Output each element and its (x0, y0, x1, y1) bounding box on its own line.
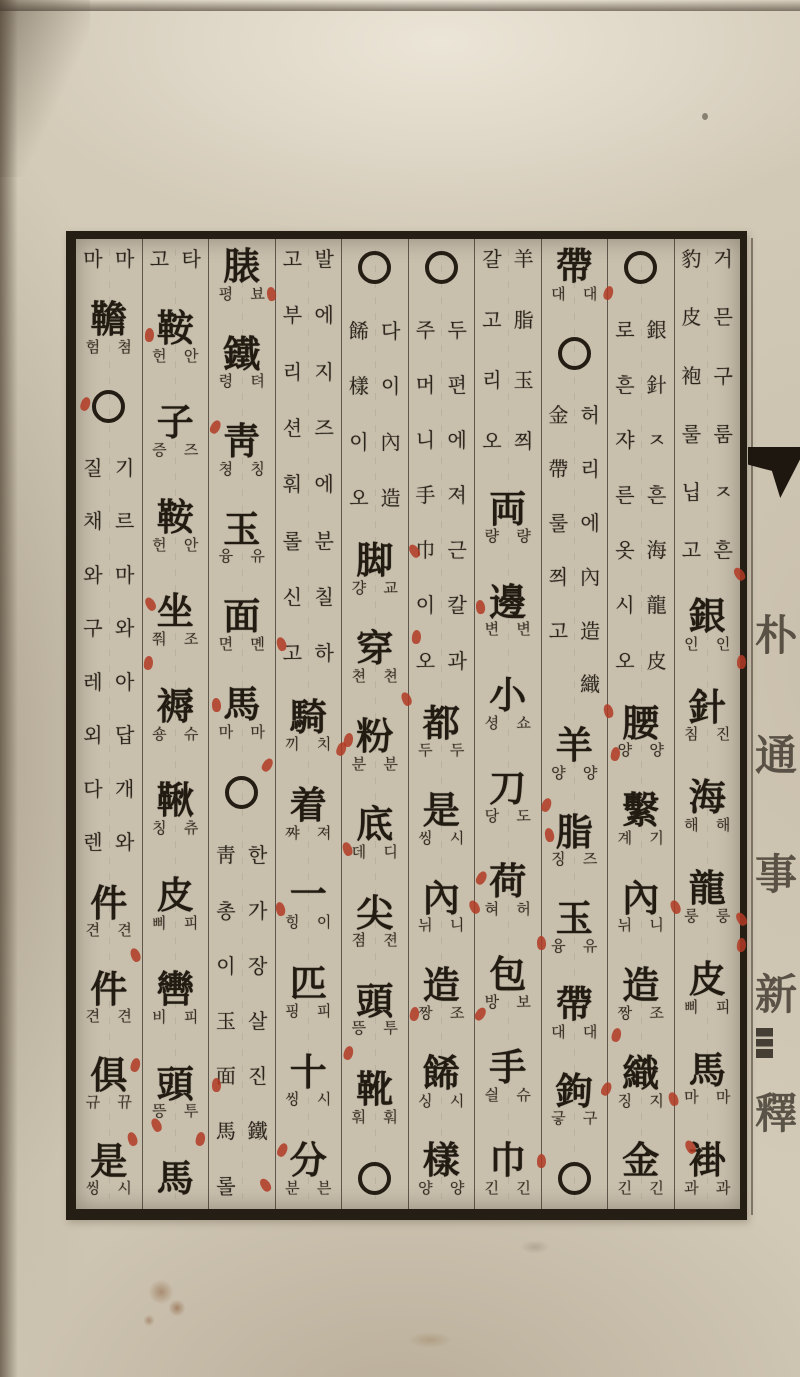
entry-hanja-char: 穿쳔쳔 (343, 630, 407, 685)
gloss-char-left: 마 (77, 249, 109, 270)
entry-separator-circle (609, 248, 673, 287)
reading-right: 시 (308, 1092, 340, 1108)
hanja-glyph: 邊 (476, 584, 540, 622)
gloss-char-left: 오 (343, 488, 375, 509)
gloss-char-left: 와 (77, 565, 109, 586)
gloss-char-left: 面 (210, 1066, 242, 1087)
entry-hanja-char: 轡비피 (144, 971, 208, 1026)
hanja-glyph: 馬 (210, 686, 274, 724)
gloss-pair: 玉살 (210, 1011, 274, 1032)
gloss-pair: 오쯰 (476, 431, 540, 452)
hanja-glyph: 羊 (543, 727, 607, 765)
bottom-edge-shadow (0, 0, 800, 11)
reading-pair: 룽룽 (676, 909, 740, 925)
gloss-char-left: 袍 (676, 366, 708, 387)
gloss-char-right: 믄 (707, 307, 739, 328)
reading-pair: 분분 (343, 757, 407, 773)
gloss-char-left: 樣 (343, 376, 375, 397)
gloss-char-left: 주 (410, 320, 442, 341)
gloss-pair: 面진 (210, 1066, 274, 1087)
reading-right: 긴 (508, 1181, 540, 1197)
reading-pair: 씽시 (277, 1092, 341, 1108)
reading-left: 헌 (144, 349, 176, 365)
reading-right: 견 (109, 1009, 141, 1025)
gloss-pair: 니에 (410, 430, 474, 451)
gloss-char-right: 한 (242, 845, 274, 866)
entry-hanja-char: 小셩쇼 (476, 677, 540, 732)
gloss-char-left: 로 (609, 320, 641, 341)
reading-right: 대 (574, 287, 606, 303)
gloss-char-left: 고 (476, 310, 508, 331)
reading-left: 걍 (343, 581, 375, 597)
reading-pair: 두두 (410, 743, 474, 759)
gloss-pair: 餙다 (343, 321, 407, 342)
paper-stain (408, 1332, 452, 1348)
reading-left: 훠 (343, 1110, 375, 1126)
reading-right: 지 (641, 1094, 673, 1110)
entry-hanja-char: 坐쭤조 (144, 593, 208, 648)
entry-hanja-char: 內뉘니 (410, 880, 474, 935)
reading-pair: 견견 (77, 1009, 141, 1025)
entry-hanja-char: 皮삐피 (676, 961, 740, 1016)
reading-right: 대 (574, 1025, 606, 1041)
gloss-pair: 巾근 (410, 540, 474, 561)
entry-hanja-char: 両량량 (476, 491, 540, 546)
hanja-glyph: 靴 (343, 1071, 407, 1109)
reading-left: 징 (543, 852, 575, 868)
reading-left: 징 (609, 1094, 641, 1110)
gloss-char-right: 이 (375, 376, 407, 397)
gloss-char-left: 고 (543, 621, 575, 642)
reading-left: 뜽 (343, 1021, 375, 1037)
gloss-char-right: 造 (375, 488, 407, 509)
gloss-pair: 오造 (343, 488, 407, 509)
reading-pair: 계기 (609, 831, 673, 847)
hanja-glyph: 件 (77, 885, 141, 923)
reading-right: 뵤 (242, 287, 274, 303)
text-column: 豹거皮믄袍구룰룸닙ㅈ고흔銀인인針침진海해해龍룽룽皮삐피馬마마褂과과 (675, 239, 741, 1209)
hanja-glyph: 是 (410, 792, 474, 830)
fold-title-char: 事 (755, 854, 797, 896)
hanja-glyph: 都 (410, 705, 474, 743)
hanja-glyph: 脂 (543, 814, 607, 852)
gloss-char-right: 內 (574, 567, 606, 588)
reading-left: 분 (343, 757, 375, 773)
circle-glyph (425, 251, 458, 284)
circle-glyph (624, 251, 657, 284)
gloss-char-left: 렌 (77, 832, 109, 853)
entry-hanja-char: 俱규뀨 (77, 1057, 141, 1112)
reading-left: 변 (476, 622, 508, 638)
reading-pair: 혀허 (476, 902, 540, 918)
gloss-char-right: 脂 (508, 310, 540, 331)
gloss-char-right: 발 (308, 249, 340, 270)
gloss-pair: 레아 (77, 672, 141, 693)
entry-hanja-char: 匹핑피 (277, 965, 341, 1020)
gloss-char-left: 帶 (543, 459, 575, 480)
reading-pair: 뉘니 (609, 918, 673, 934)
gloss-char-right: ㅈ (707, 482, 739, 503)
entry-hanja-char: 面면몐 (210, 598, 274, 653)
entry-hanja-char: 金긴긴 (609, 1142, 673, 1197)
reading-pair: 증즈 (144, 443, 208, 459)
gloss-char-right: 답 (109, 725, 141, 746)
circle-glyph (558, 1162, 591, 1195)
reading-left: 양 (609, 743, 641, 759)
hanja-glyph: 帶 (543, 248, 607, 286)
gloss-char-right: 에 (308, 305, 340, 326)
hanja-glyph: 脚 (343, 542, 407, 580)
entry-hanja-char: 刀당도 (476, 770, 540, 825)
entry-hanja-char: 騎끼치 (277, 699, 341, 754)
gloss-char-left: 靑 (210, 845, 242, 866)
reading-left: 헌 (144, 538, 176, 554)
reading-pair: 침진 (676, 727, 740, 743)
reading-left: 삐 (676, 1000, 708, 1016)
gloss-pair: 와마 (77, 565, 141, 586)
entry-hanja-char: 鞍헌안 (144, 499, 208, 554)
gloss-char-right: 海 (641, 540, 673, 561)
reading-left: 쳔 (343, 669, 375, 685)
gloss-char-right: 造 (574, 621, 606, 642)
reading-right: 기 (641, 831, 673, 847)
gloss-char-left: 이 (210, 956, 242, 977)
reading-left: 융 (543, 939, 575, 955)
text-block-columns: 마마韂험쳠질기채르와마구와레아외답다개렌와件견견件견견俱규뀨是씽시고타鞍헌안子증… (76, 239, 740, 1209)
reading-right: 몐 (242, 637, 274, 653)
reading-pair: 방보 (476, 995, 540, 1011)
reading-right: 조 (175, 632, 207, 648)
hanja-glyph: 帶 (543, 986, 607, 1024)
hanja-glyph: 鞦 (144, 782, 208, 820)
reading-pair: 징즈 (543, 852, 607, 868)
gloss-pair: 른흔 (609, 485, 673, 506)
entry-hanja-char: 玉융유 (543, 900, 607, 955)
reading-pair: 인인 (676, 637, 740, 653)
entry-hanja-char: 是씽시 (77, 1143, 141, 1198)
entry-hanja-char: 十씽시 (277, 1054, 341, 1109)
gloss-char-right: 편 (441, 375, 473, 396)
reading-left: 데 (343, 845, 375, 861)
reading-left: 해 (676, 818, 708, 834)
entry-hanja-char: 褂과과 (676, 1142, 740, 1197)
reading-right: 보 (508, 995, 540, 1011)
gloss-char-left: 이 (410, 595, 442, 616)
gloss-pair: 手져 (410, 485, 474, 506)
gloss-char-left: 쟈 (609, 430, 641, 451)
gloss-char-left: 金 (543, 405, 575, 426)
entry-separator-circle (410, 248, 474, 287)
entry-separator-circle (543, 1159, 607, 1198)
reading-left: 혀 (476, 902, 508, 918)
reading-right: 쳠 (109, 340, 141, 356)
entry-hanja-char: 荷혀허 (476, 863, 540, 918)
reading-left: 량 (476, 529, 508, 545)
reading-right: 안 (175, 538, 207, 554)
entry-hanja-char: 馬마마 (210, 686, 274, 741)
hanja-glyph: 金 (609, 1142, 673, 1180)
gloss-pair: 고흔 (676, 540, 740, 561)
reading-right: 훠 (375, 1110, 407, 1126)
reading-right: 피 (308, 1004, 340, 1020)
hanja-glyph: 十 (277, 1054, 341, 1092)
gloss-char-right: 져 (441, 485, 473, 506)
gloss-char-right: 두 (441, 320, 473, 341)
hanja-glyph: 鐵 (210, 336, 274, 374)
gloss-pair: 신칠 (277, 587, 341, 608)
gloss-pair: 이內 (343, 432, 407, 453)
reading-left: 두 (410, 743, 442, 759)
entry-separator-circle (343, 1159, 407, 1198)
fishtail-ornament-icon (748, 447, 800, 499)
gloss-pair: 머편 (410, 375, 474, 396)
entry-hanja-char: 餙싱시 (410, 1055, 474, 1110)
text-column: 帶대대金허帶리룰에쯰內고造織羊양양脂징즈玉융유帶대대鉤긓구 (542, 239, 609, 1209)
reading-left: 면 (210, 637, 242, 653)
hanja-glyph: 海 (676, 779, 740, 817)
entry-hanja-char: 銀인인 (676, 598, 740, 653)
gloss-char-left: 오 (476, 431, 508, 452)
reading-pair: 양양 (609, 743, 673, 759)
reading-right: 긴 (641, 1181, 673, 1197)
gloss-pair: 션즈 (277, 418, 341, 439)
entry-hanja-char: 着쨔져 (277, 787, 341, 842)
reading-pair: 마마 (676, 1090, 740, 1106)
gloss-char-right: 玉 (508, 370, 540, 391)
hanja-glyph: 坐 (144, 593, 208, 631)
gloss-pair: 롤분 (277, 531, 341, 552)
reading-right: 니 (441, 918, 473, 934)
reading-right: 피 (175, 916, 207, 932)
reading-left: 인 (676, 637, 708, 653)
gloss-pair: 이칼 (410, 595, 474, 616)
reading-left: 씽 (277, 1092, 309, 1108)
gloss-char-left: 신 (277, 587, 309, 608)
entry-hanja-char: 皮삐피 (144, 877, 208, 932)
reading-pair: 양양 (410, 1181, 474, 1197)
entry-separator-circle (543, 334, 607, 373)
entry-hanja-char: 鞍헌안 (144, 310, 208, 365)
gloss-char-right: 진 (242, 1066, 274, 1087)
reading-left: 짱 (410, 1006, 442, 1022)
fold-title-char: 釋 (755, 1093, 797, 1135)
hanja-glyph: 件 (77, 971, 141, 1009)
gloss-char-right: 織 (574, 674, 606, 695)
entry-hanja-char: 帶대대 (543, 248, 607, 303)
gloss-char-right: 개 (109, 779, 141, 800)
entry-hanja-char: 鞦칭츄 (144, 782, 208, 837)
circle-glyph (92, 390, 125, 423)
gloss-char-right: 르 (109, 511, 141, 532)
gloss-char-right: 아 (109, 672, 141, 693)
reading-right: 쇼 (508, 716, 540, 732)
reading-pair: 짱조 (410, 1006, 474, 1022)
gloss-pair: 롤 (210, 1176, 274, 1197)
reading-left: 긴 (476, 1181, 508, 1197)
reading-right: 슈 (508, 1088, 540, 1104)
reading-pair: 걍교 (343, 581, 407, 597)
gloss-char-right: 리 (574, 459, 606, 480)
circle-glyph (358, 251, 391, 284)
entry-hanja-char: 手싈슈 (476, 1049, 540, 1104)
reading-left: 양 (543, 766, 575, 782)
entry-hanja-char: 巾긴긴 (476, 1142, 540, 1197)
reading-left: 대 (543, 287, 575, 303)
entry-hanja-char: 都두두 (410, 705, 474, 760)
gloss-char-right: 기 (109, 458, 141, 479)
reading-pair: 칭츄 (144, 821, 208, 837)
reading-left: 당 (476, 809, 508, 825)
hanja-glyph: 一 (277, 876, 341, 914)
reading-right: 양 (641, 743, 673, 759)
hanja-glyph: 針 (676, 689, 740, 727)
reading-pair: 량량 (476, 529, 540, 545)
gloss-pair: 로銀 (609, 320, 673, 341)
reading-pair: 대대 (543, 287, 607, 303)
hanja-glyph: 小 (476, 677, 540, 715)
entry-hanja-char: 粉분분 (343, 718, 407, 773)
reading-left: 증 (144, 443, 176, 459)
paper-stain (148, 1280, 174, 1304)
hanja-glyph: 俱 (77, 1057, 141, 1095)
gloss-char-right: 지 (308, 362, 340, 383)
gloss-char-right: 內 (375, 432, 407, 453)
gloss-char-right: 다 (375, 321, 407, 342)
gloss-pair: 질기 (77, 458, 141, 479)
gloss-char-left: 豹 (676, 249, 708, 270)
gloss-pair: 皮믄 (676, 307, 740, 328)
reading-right: 져 (308, 826, 340, 842)
gloss-pair: 오과 (410, 651, 474, 672)
reading-right: 변 (508, 622, 540, 638)
reading-right: 시 (109, 1181, 141, 1197)
gloss-char-left: 질 (77, 458, 109, 479)
reading-pair: 평뵤 (210, 287, 274, 303)
gloss-char-left: 玉 (210, 1011, 242, 1032)
reading-pair: 훠훠 (343, 1110, 407, 1126)
reading-left: 긴 (609, 1181, 641, 1197)
reading-pair: 씽시 (410, 831, 474, 847)
reading-pair: 셩쇼 (476, 716, 540, 732)
hanja-glyph: 包 (476, 956, 540, 994)
gloss-char-left: 馬 (210, 1121, 242, 1142)
reading-right: 조 (441, 1006, 473, 1022)
gloss-char-left: 쯰 (543, 567, 575, 588)
reading-left: 씽 (410, 831, 442, 847)
reading-left: 싈 (476, 1088, 508, 1104)
gloss-char-left: 리 (476, 370, 508, 391)
gloss-pair: 주두 (410, 320, 474, 341)
reading-left: 양 (410, 1181, 442, 1197)
reading-pair: 분븐 (277, 1181, 341, 1197)
circle-glyph (225, 776, 258, 809)
entry-hanja-char: 韂험쳠 (77, 301, 141, 356)
reading-right: 마 (707, 1090, 739, 1106)
gloss-pair: 외답 (77, 725, 141, 746)
hanja-glyph: 頭 (343, 983, 407, 1021)
gloss-char-right: 銀 (641, 320, 673, 341)
gloss-char-left: 총 (210, 901, 242, 922)
gloss-char-left: 머 (410, 375, 442, 396)
reading-left: 힝 (277, 915, 309, 931)
gloss-pair: 리지 (277, 362, 341, 383)
gloss-pair: 리玉 (476, 370, 540, 391)
hanja-glyph: 巾 (476, 1142, 540, 1180)
gloss-char-left: 이 (343, 432, 375, 453)
entry-separator-circle (343, 248, 407, 287)
reading-pair: 융유 (543, 939, 607, 955)
gloss-char-left: 룰 (676, 424, 708, 445)
gloss-pair: 고脂 (476, 310, 540, 331)
gloss-char-left: 手 (410, 485, 442, 506)
gloss-pair: 織 (543, 674, 607, 695)
hanja-glyph: 皮 (144, 877, 208, 915)
hanja-glyph: 手 (476, 1049, 540, 1087)
entry-hanja-char: 子증즈 (144, 404, 208, 459)
reading-pair: 헌안 (144, 538, 208, 554)
gloss-char-left: 시 (609, 595, 641, 616)
hanja-glyph: 龍 (676, 870, 740, 908)
entry-hanja-char: 脿평뵤 (210, 248, 274, 303)
reading-right: 칭 (242, 462, 274, 478)
text-column: 고발부에리지션즈훠에롤분신칠고하騎끼치着쨔져一힝이匹핑피十씽시分분븐 (276, 239, 343, 1209)
reading-left: 견 (77, 1009, 109, 1025)
reading-pair: 숑슈 (144, 727, 208, 743)
reading-pair: 힝이 (277, 915, 341, 931)
reading-left: 씽 (77, 1181, 109, 1197)
gloss-pair: 갈羊 (476, 249, 540, 270)
gloss-char-right: 와 (109, 832, 141, 853)
hanja-glyph: 造 (410, 967, 474, 1005)
gloss-char-right: 에 (308, 474, 340, 495)
entry-hanja-char: 靴훠훠 (343, 1071, 407, 1126)
reading-pair: 해해 (676, 818, 740, 834)
reading-left: 마 (210, 725, 242, 741)
hanja-glyph: 轡 (144, 971, 208, 1009)
gloss-char-left: 부 (277, 305, 309, 326)
reading-left: 마 (676, 1090, 708, 1106)
entry-hanja-char: 玉융유 (210, 511, 274, 566)
hanja-glyph: 內 (410, 880, 474, 918)
reading-pair: 삐피 (144, 916, 208, 932)
reading-right: 과 (707, 1181, 739, 1197)
gloss-char-right: 구 (707, 366, 739, 387)
reading-left: 뜽 (144, 1104, 176, 1120)
reading-left: 침 (676, 727, 708, 743)
fold-title-char: 新 (755, 974, 797, 1016)
gloss-char-left: 채 (77, 511, 109, 532)
reading-pair: 쭤조 (144, 632, 208, 648)
gloss-char-right: 가 (242, 901, 274, 922)
paper-stain (520, 1240, 550, 1254)
reading-left: 끼 (277, 737, 309, 753)
gloss-char-right: 와 (109, 618, 141, 639)
gloss-pair: 고造 (543, 621, 607, 642)
reading-right: 안 (175, 349, 207, 365)
reading-left: 분 (277, 1181, 309, 1197)
reading-left: 뉘 (609, 918, 641, 934)
gloss-char-right: 마 (109, 565, 141, 586)
reading-pair: 양양 (543, 766, 607, 782)
hanja-glyph: 玉 (210, 511, 274, 549)
hanja-glyph: 褥 (144, 688, 208, 726)
hanja-glyph: 鞍 (144, 499, 208, 537)
gloss-char-right: 분 (308, 531, 340, 552)
reading-left: 긓 (543, 1111, 575, 1127)
reading-right: 즈 (175, 443, 207, 459)
circle-glyph (358, 1162, 391, 1195)
circle-glyph (558, 337, 591, 370)
